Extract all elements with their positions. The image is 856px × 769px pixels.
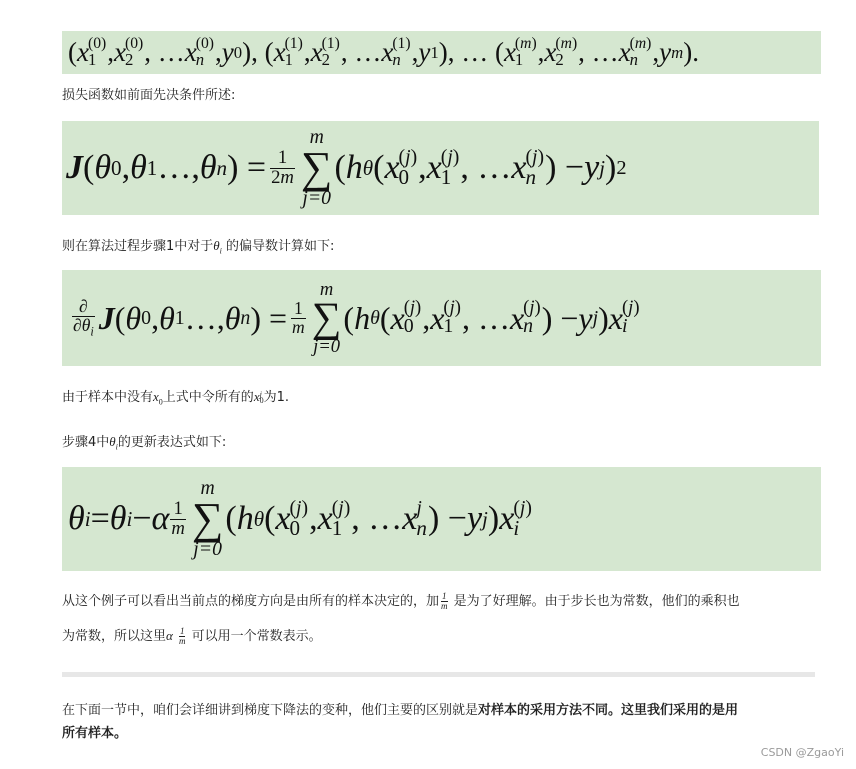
inline-fraction: 1m [441,592,448,611]
inline-fraction: 1m [179,627,186,646]
formula-dataset: (x(0)1, x(0)2, … x(0)n, y0), ( x(1)1, x(… [62,31,821,74]
horizontal-divider [62,672,815,677]
note-text: 由于样本中没有x0上式中令所有的xj0为1. [62,387,289,413]
step4-text: 步骤4中θi的更新表达式如下: [62,432,226,458]
explanation-line-1: 从这个例子可以看出当前点的梯度方向是由所有的样本决定的，加1m 是为了好理解。由… [62,592,740,612]
partial-intro-text: 则在算法过程步骤1中对于θi 的偏导数计算如下: [62,236,334,262]
formula-partial-derivative: ∂∂θi J(θ0, θ1…, θn) = 1m m∑j=0 (hθ( x(j)… [62,270,821,366]
explanation-line-2: 为常数，所以这里α 1m 可以用一个常数表示。 [62,626,322,647]
formula-loss: J(θ0, θ1…, θn) = 12m m∑j=0 (hθ( x(j)0, x… [62,121,819,215]
formula-update-rule: θi = θi − α 1m m∑j=0 (hθ( x(j)0, x(j)1, … [62,467,821,571]
final-paragraph: 在下面一节中，咱们会详细讲到梯度下降法的变种，他们主要的区别就是对样本的采用方法… [62,699,817,745]
loss-intro-text: 损失函数如前面先决条件所述: [62,86,235,106]
theta-i-inline: θi [213,238,222,253]
csdn-watermark: CSDN @ZgaoYi [761,746,844,759]
